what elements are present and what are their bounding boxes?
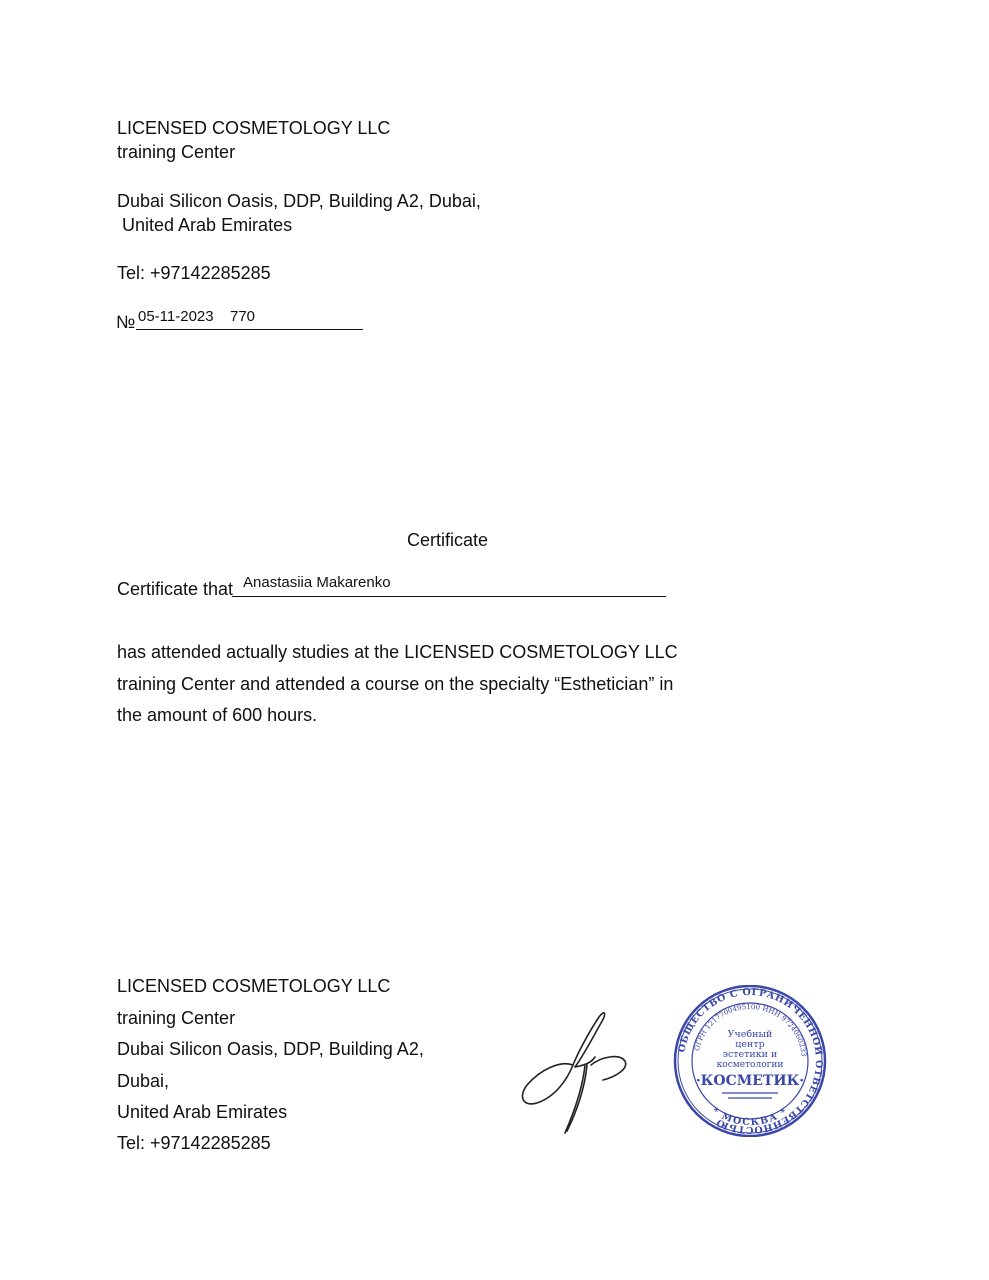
footer-address-line2: Dubai,	[117, 1070, 169, 1092]
stamp-center-line3: эстетики и	[723, 1049, 778, 1060]
signature-icon	[515, 1005, 635, 1140]
footer-address-line1: Dubai Silicon Oasis, DDP, Building A2,	[117, 1038, 424, 1060]
footer-subtitle: training Center	[117, 1007, 235, 1029]
header-address-line1: Dubai Silicon Oasis, DDP, Building A2, D…	[117, 190, 481, 212]
footer-address-line3: United Arab Emirates	[117, 1101, 287, 1123]
certificate-title: Certificate	[407, 529, 488, 551]
number-prefix: №	[116, 311, 135, 333]
header-address-line2: United Arab Emirates	[117, 214, 292, 236]
recipient-name: Anastasiia Makarenko	[243, 574, 391, 592]
recipient-underline	[232, 596, 666, 597]
certificate-body-line3: the amount of 600 hours.	[117, 704, 317, 726]
certificate-body-line2: training Center and attended a course on…	[117, 673, 673, 695]
footer-company: LICENSED COSMETOLOGY LLC	[117, 975, 390, 997]
document-date: 05-11-2023	[138, 308, 214, 326]
header-company: LICENSED COSMETOLOGY LLC	[117, 117, 390, 139]
header-tel: Tel: +97142285285	[117, 262, 271, 284]
stamp-center-line4: косметологии	[717, 1060, 784, 1070]
company-stamp-icon: ОБЩЕСТВО С ОГРАНИЧЕННОЙ ОТВЕТСТВЕННОСТЬЮ…	[670, 985, 830, 1137]
header-subtitle: training Center	[117, 141, 235, 163]
document-number: 770	[230, 308, 255, 326]
certificate-body-line1: has attended actually studies at the LIC…	[117, 641, 678, 663]
footer-tel: Tel: +97142285285	[117, 1132, 271, 1154]
certificate-lead: Certificate that	[117, 578, 233, 600]
stamp-brand: ·КОСМЕТИК·	[696, 1073, 804, 1089]
number-underline	[136, 329, 363, 330]
